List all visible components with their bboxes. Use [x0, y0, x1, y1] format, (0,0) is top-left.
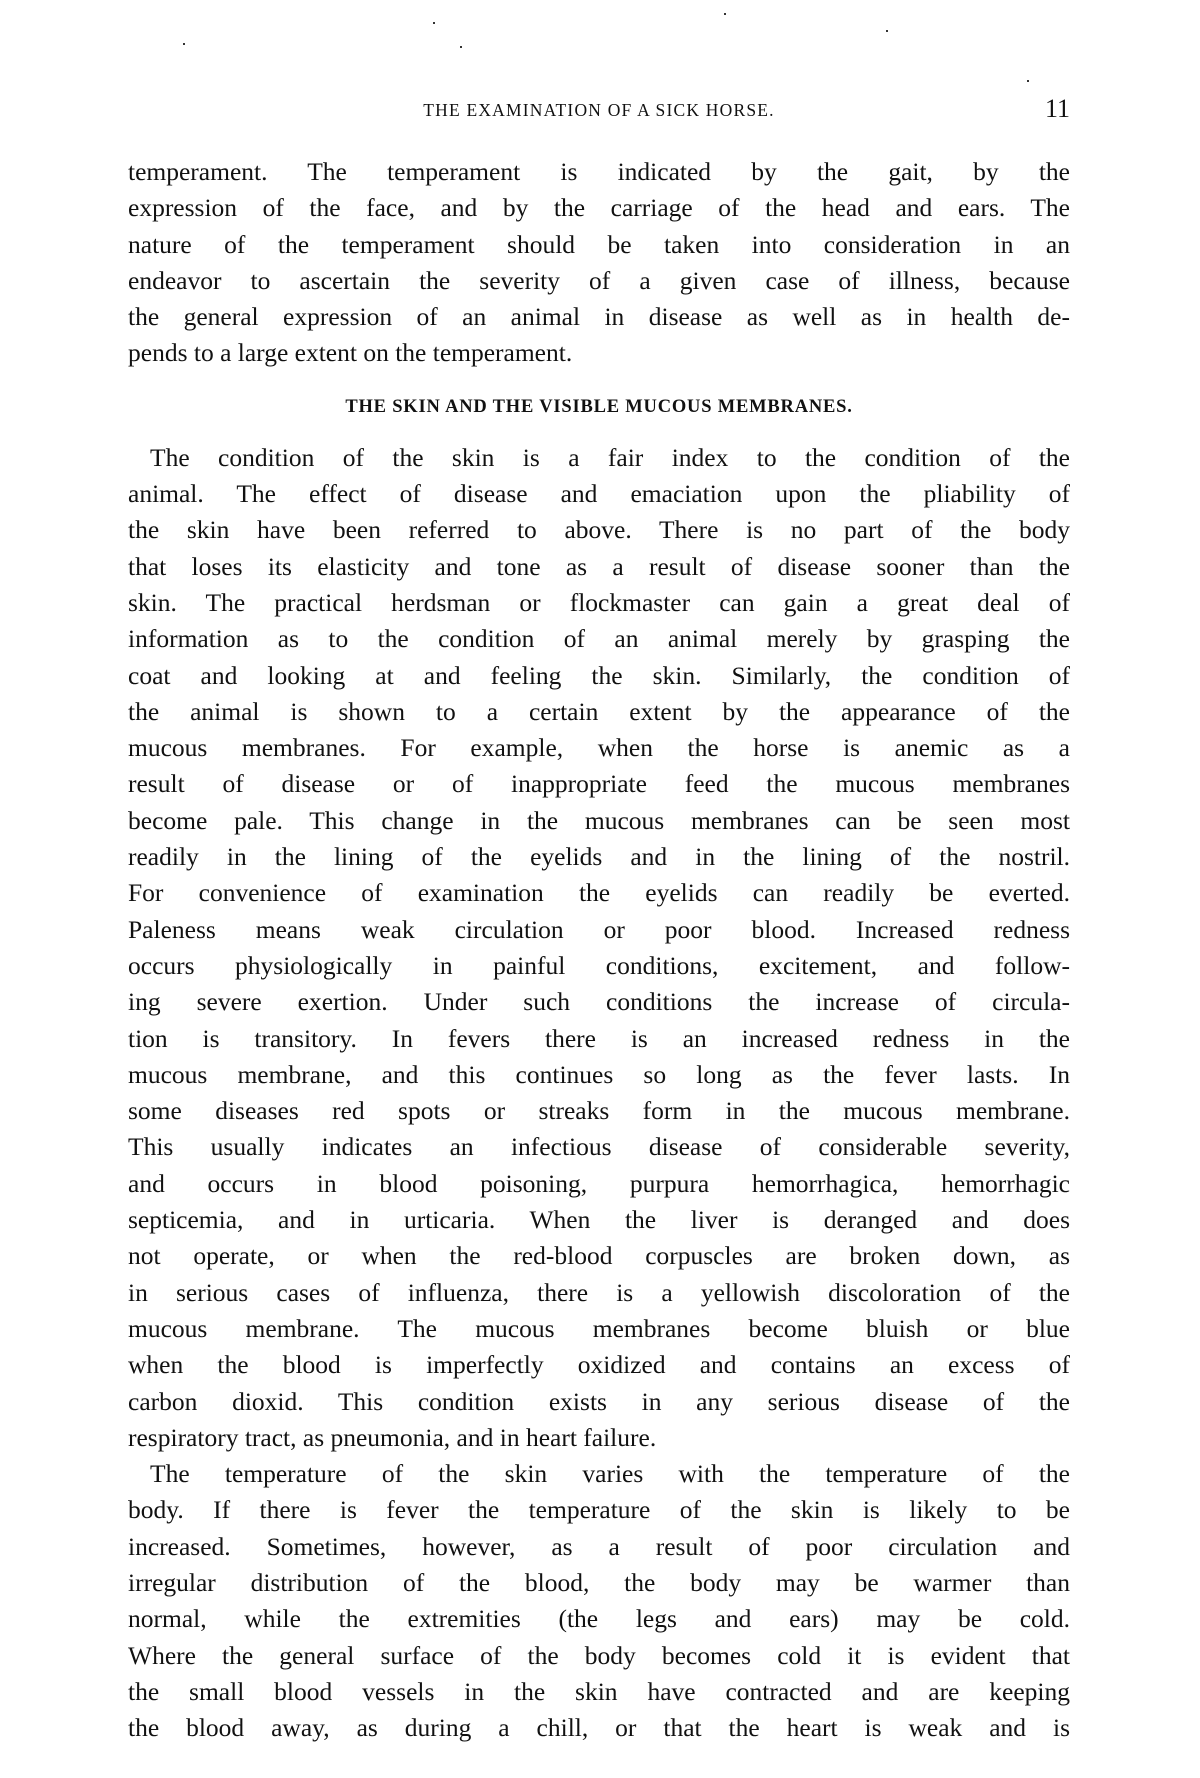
- text-line: temperament. The temperament is indicate…: [128, 154, 1070, 190]
- page-number: 11: [1045, 94, 1070, 124]
- text-line: information as to the condition of an an…: [128, 621, 1070, 657]
- text-line: the general expression of an animal in d…: [128, 299, 1070, 335]
- scan-speck: [460, 46, 462, 48]
- text-line: that loses its elasticity and tone as a …: [128, 549, 1070, 585]
- text-line: body. If there is fever the temperature …: [128, 1492, 1070, 1528]
- text-line: nature of the temperament should be take…: [128, 227, 1070, 263]
- text-line: respiratory tract, as pneumonia, and in …: [128, 1420, 1070, 1456]
- text-line: The condition of the skin is a fair inde…: [128, 440, 1070, 476]
- text-line: skin. The practical herdsman or flockmas…: [128, 585, 1070, 621]
- paragraph-skin-condition: The condition of the skin is a fair inde…: [128, 440, 1070, 1456]
- text-line: tion is transitory. In fevers there is a…: [128, 1021, 1070, 1057]
- text-line: carbon dioxid. This condition exists in …: [128, 1384, 1070, 1420]
- text-line: result of disease or of inappropriate fe…: [128, 766, 1070, 802]
- text-line: some diseases red spots or streaks form …: [128, 1093, 1070, 1129]
- text-line: This usually indicates an infectious dis…: [128, 1129, 1070, 1165]
- paragraph-temperament: temperament. The temperament is indicate…: [128, 154, 1070, 372]
- text-line: readily in the lining of the eyelids and…: [128, 839, 1070, 875]
- text-line: when the blood is imperfectly oxidized a…: [128, 1347, 1070, 1383]
- text-line: animal. The effect of disease and emacia…: [128, 476, 1070, 512]
- text-line: increased. Sometimes, however, as a resu…: [128, 1529, 1070, 1565]
- text-line: coat and looking at and feeling the skin…: [128, 658, 1070, 694]
- scan-speck: [433, 22, 435, 24]
- body-text: temperament. The temperament is indicate…: [128, 154, 1070, 1746]
- text-line: and occurs in blood poisoning, purpura h…: [128, 1166, 1070, 1202]
- text-line: mucous membrane. The mucous membranes be…: [128, 1311, 1070, 1347]
- text-line: endeavor to ascertain the severity of a …: [128, 263, 1070, 299]
- text-line: occurs physiologically in painful condit…: [128, 948, 1070, 984]
- text-line: mucous membranes. For example, when the …: [128, 730, 1070, 766]
- scan-speck: [886, 30, 888, 32]
- scan-speck: [1027, 80, 1029, 82]
- text-line: The temperature of the skin varies with …: [128, 1456, 1070, 1492]
- text-line: septicemia, and in urticaria. When the l…: [128, 1202, 1070, 1238]
- text-line: in serious cases of influenza, there is …: [128, 1275, 1070, 1311]
- text-line: Where the general surface of the body be…: [128, 1638, 1070, 1674]
- text-line: pends to a large extent on the temperame…: [128, 335, 1070, 371]
- text-line: the blood away, as during a chill, or th…: [128, 1710, 1070, 1746]
- scan-speck: [183, 43, 185, 45]
- section-heading: THE SKIN AND THE VISIBLE MUCOUS MEMBRANE…: [128, 396, 1070, 418]
- text-line: For convenience of examination the eyeli…: [128, 875, 1070, 911]
- text-line: the animal is shown to a certain extent …: [128, 694, 1070, 730]
- book-page: THE EXAMINATION OF A SICK HORSE. 11 temp…: [0, 0, 1200, 1778]
- text-line: mucous membrane, and this continues so l…: [128, 1057, 1070, 1093]
- text-line: ing severe exertion. Under such conditio…: [128, 984, 1070, 1020]
- text-line: the small blood vessels in the skin have…: [128, 1674, 1070, 1710]
- text-line: Paleness means weak circulation or poor …: [128, 912, 1070, 948]
- text-line: become pale. This change in the mucous m…: [128, 803, 1070, 839]
- text-line: expression of the face, and by the carri…: [128, 190, 1070, 226]
- scan-speck: [724, 13, 726, 15]
- paragraph-skin-temperature: The temperature of the skin varies with …: [128, 1456, 1070, 1746]
- running-head: THE EXAMINATION OF A SICK HORSE. 11: [128, 96, 1070, 126]
- text-line: not operate, or when the red-blood corpu…: [128, 1238, 1070, 1274]
- text-line: normal, while the extremities (the legs …: [128, 1601, 1070, 1637]
- text-line: irregular distribution of the blood, the…: [128, 1565, 1070, 1601]
- text-line: the skin have been referred to above. Th…: [128, 512, 1070, 548]
- running-title: THE EXAMINATION OF A SICK HORSE.: [128, 100, 1070, 121]
